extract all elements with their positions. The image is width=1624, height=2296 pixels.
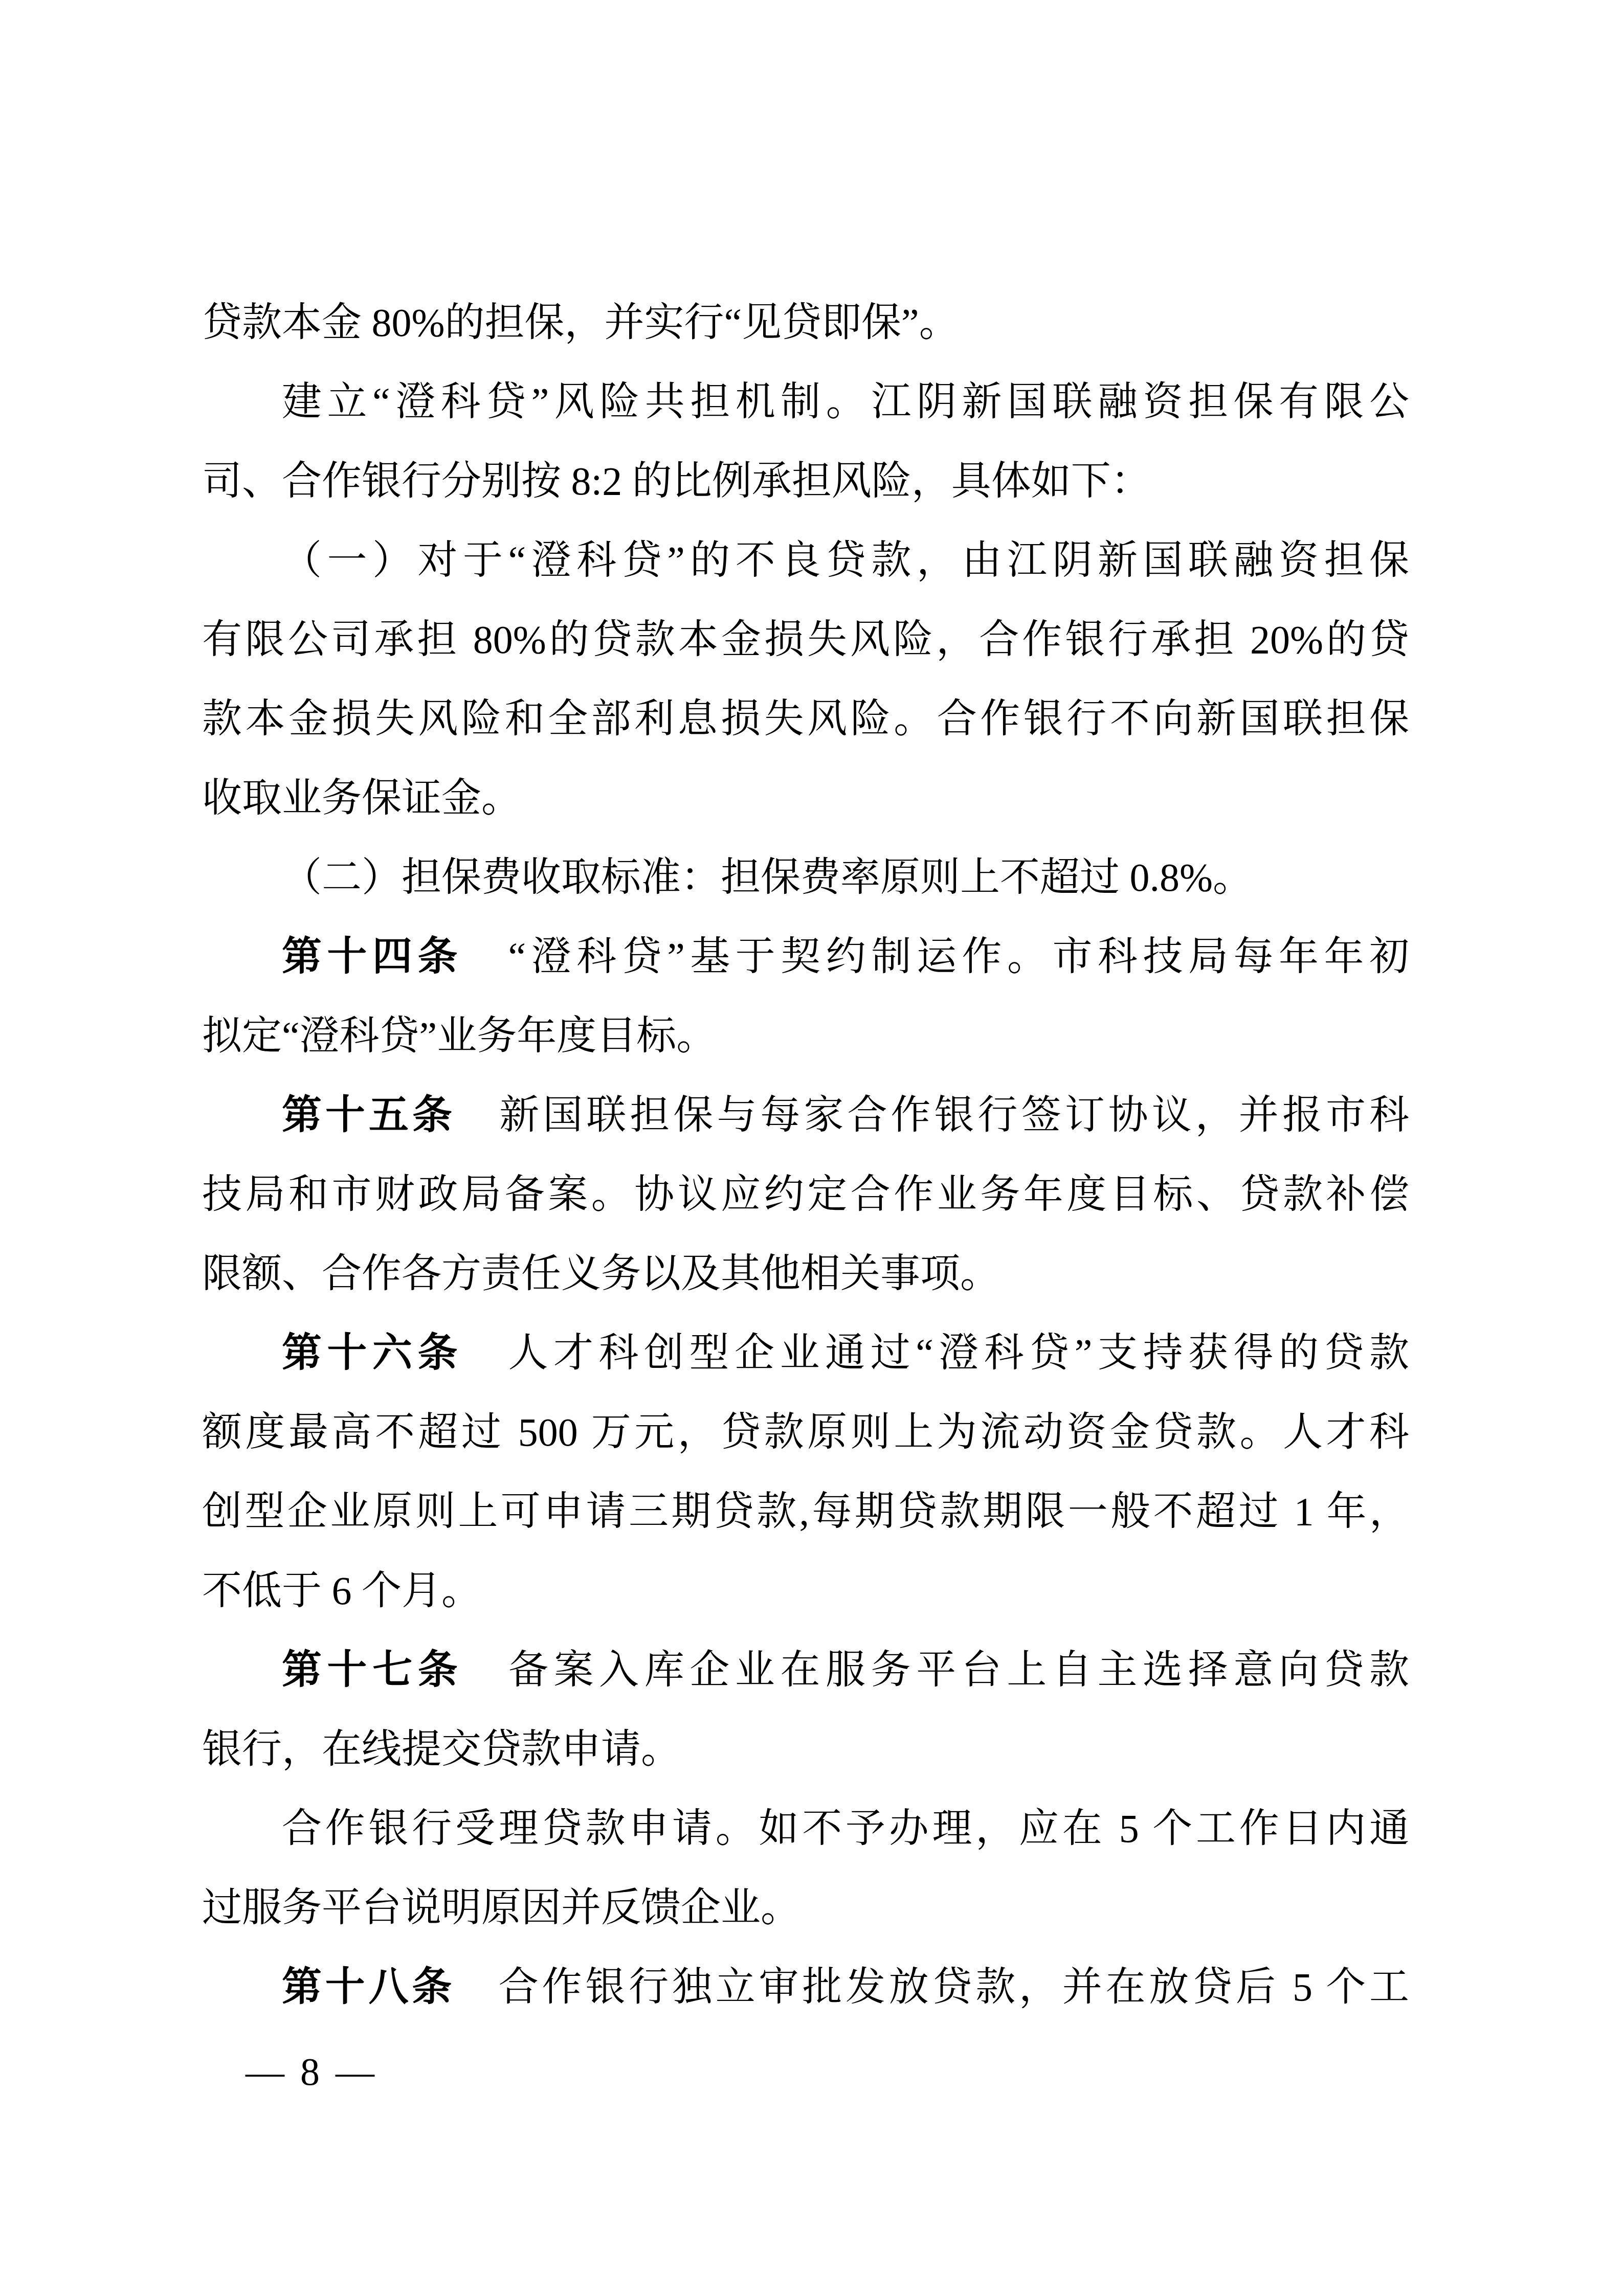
- text-line: 额度最高不超过 500 万元，贷款原则上为流动资金贷款。人才科: [202, 1392, 1409, 1472]
- text-line: 第十五条 新国联担保与每家合作银行签订协议，并报市科: [202, 1075, 1409, 1155]
- document-page: 贷款本金 80%的担保，并实行“见贷即保”。建立“澄科贷”风险共担机制。江阴新国…: [0, 0, 1624, 2296]
- text-line: 合作银行受理贷款申请。如不予办理，应在 5 个工作日内通: [202, 1789, 1409, 1868]
- article-heading: 第十五条: [282, 1093, 456, 1137]
- page-number: — 8 —: [246, 2052, 377, 2092]
- text-line: 款本金损失风险和全部利息损失风险。合作银行不向新国联担保: [202, 679, 1409, 758]
- text-line: 拟定“澄科贷”业务年度目标。: [202, 996, 1409, 1075]
- text-line: 收取业务保证金。: [202, 758, 1409, 838]
- text-line: 第十八条 合作银行独立审批发放贷款，并在放贷后 5 个工: [202, 1947, 1409, 2027]
- text-line: （一）对于“澄科贷”的不良贷款，由江阴新国联融资担保: [202, 521, 1409, 600]
- article-heading: 第十八条: [282, 1965, 455, 2009]
- text-line: 过服务平台说明原因并反馈企业。: [202, 1868, 1409, 1947]
- text-line: 银行，在线提交贷款申请。: [202, 1709, 1409, 1789]
- article-heading: 第十四条: [282, 934, 463, 979]
- text-line: 第十六条 人才科创型企业通过“澄科贷”支持获得的贷款: [202, 1313, 1409, 1392]
- document-body: 贷款本金 80%的担保，并实行“见贷即保”。建立“澄科贷”风险共担机制。江阴新国…: [202, 283, 1409, 2027]
- article-heading: 第十六条: [282, 1331, 463, 1375]
- text-line: 有限公司承担 80%的贷款本金损失风险，合作银行承担 20%的贷: [202, 600, 1409, 679]
- article-heading: 第十七条: [282, 1648, 463, 1692]
- text-line: 第十七条 备案入库企业在服务平台上自主选择意向贷款: [202, 1630, 1409, 1709]
- text-line: （二）担保费收取标准：担保费率原则上不超过 0.8%。: [202, 838, 1409, 917]
- text-line: 司、合作银行分别按 8:2 的比例承担风险，具体如下：: [202, 441, 1409, 521]
- text-line: 技局和市财政局备案。协议应约定合作业务年度目标、贷款补偿: [202, 1155, 1409, 1234]
- text-line: 限额、合作各方责任义务以及其他相关事项。: [202, 1234, 1409, 1313]
- text-line: 第十四条 “澄科贷”基于契约制运作。市科技局每年年初: [202, 917, 1409, 996]
- text-line: 贷款本金 80%的担保，并实行“见贷即保”。: [202, 283, 1409, 362]
- text-line: 建立“澄科贷”风险共担机制。江阴新国联融资担保有限公: [202, 362, 1409, 441]
- text-line: 创型企业原则上可申请三期贷款,每期贷款期限一般不超过 1 年，: [202, 1472, 1409, 1551]
- text-line: 不低于 6 个月。: [202, 1551, 1409, 1630]
